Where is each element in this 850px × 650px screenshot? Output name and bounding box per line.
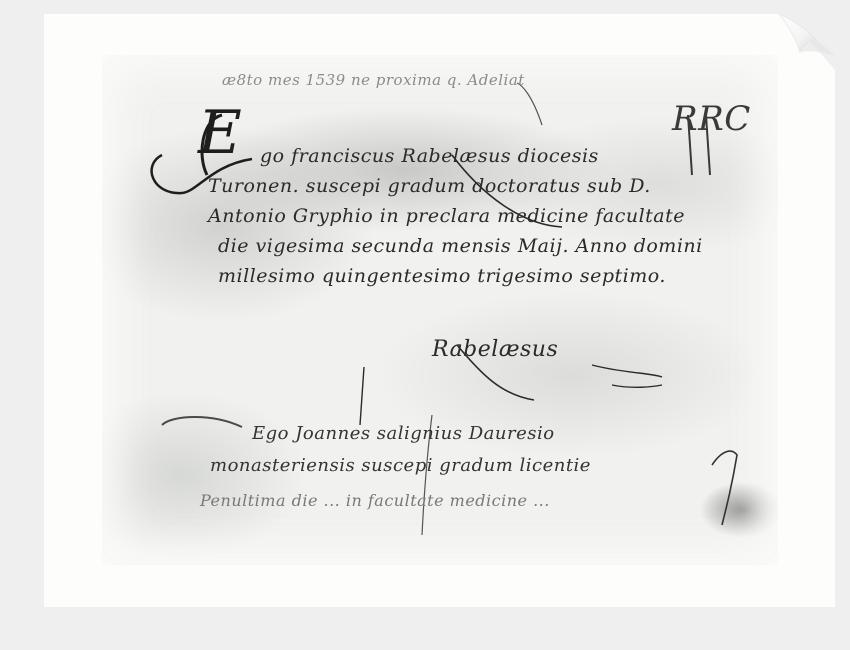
manuscript-line-5: millesimo quingentesimo trigesimo septim… <box>218 265 666 287</box>
manuscript-line-3: Antonio Gryphio in preclara medicine fac… <box>208 205 685 227</box>
manuscript-second-entry-1: Ego Joannes salignius Dauresio <box>252 423 555 444</box>
manuscript-signature: Rabelæsus <box>432 337 558 362</box>
manuscript-initial: E <box>198 103 242 163</box>
manuscript-marginal-mark: RRC <box>672 99 751 139</box>
manuscript-second-entry-3: Penultima die ... in facultate medicine … <box>200 491 550 510</box>
manuscript-header-faint: æ8to mes 1539 ne proxima q. Adeliat <box>222 71 525 89</box>
manuscript-second-entry-2: monasteriensis suscepi gradum licentie <box>210 455 591 476</box>
manuscript-image: æ8to mes 1539 ne proxima q. Adeliat RRC … <box>102 55 778 565</box>
mockup-stage: æ8to mes 1539 ne proxima q. Adeliat RRC … <box>0 0 850 650</box>
manuscript-line-4: die vigesima secunda mensis Maij. Anno d… <box>218 235 703 257</box>
manuscript-line-1: go franciscus Rabelæsus diocesis <box>260 145 599 167</box>
manuscript-line-2: Turonen. suscepi gradum doctoratus sub D… <box>208 175 651 197</box>
